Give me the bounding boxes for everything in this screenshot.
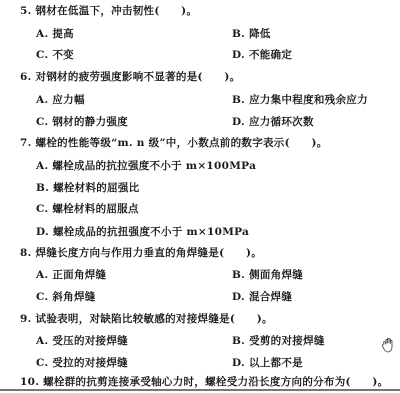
question-8-option-b: B. 侧面角焊缝 [232,268,303,282]
page-bottom-rule [0,389,400,391]
question-7-option-d: D. 螺栓成品的抗扭强度不小于 m×10MPa [36,225,249,239]
question-5-option-b: B. 降低 [232,27,271,41]
question-7-option-a: A. 螺栓成品的抗拉强度不小于 m×100MPa [36,159,256,173]
question-7-option-b: B. 螺栓材料的屈强比 [36,181,140,195]
question-5-option-c: C. 不变 [36,48,74,62]
question-6-option-d: D. 应力循环次数 [232,115,314,129]
question-5-option-a: A. 提高 [36,27,74,41]
question-10-stem: 10. 螺栓群的抗剪连接承受轴心力时，螺栓受力沿长度方向的分布为( )。 [20,375,388,389]
question-6-stem: 6. 对钢材的疲劳强度影响不显著的是( )。 [20,70,240,84]
question-9-stem: 9. 试验表明，对缺陷比较敏感的对接焊缝是( )。 [20,312,273,326]
question-9-option-d: D. 以上都不是 [232,356,303,370]
question-5-option-d: D. 不能确定 [232,48,292,62]
question-5-stem: 5. 钢材在低温下，冲击韧性( )。 [20,4,197,18]
question-6-option-b: B. 应力集中程度和残余应力 [232,93,368,107]
question-9-option-b: B. 受剪的对接焊缝 [232,334,325,348]
question-6-option-c: C. 钢材的静力强度 [36,115,128,129]
question-8-stem: 8. 焊缝长度方向与作用力垂直的角焊缝是( )。 [20,246,262,260]
question-6-option-a: A. 应力幅 [36,93,85,107]
question-9-option-a: A. 受压的对接焊缝 [36,334,128,348]
question-7-option-c: C. 螺栓材料的屈服点 [36,202,139,216]
hand-grab-icon [381,336,397,354]
exam-page: 5. 钢材在低温下，冲击韧性( )。 A. 提高 B. 降低 C. 不变 D. … [0,0,400,393]
question-9-option-c: C. 受拉的对接焊缝 [36,356,128,370]
question-8-option-c: C. 斜角焊缝 [36,290,96,304]
question-8-option-d: D. 混合焊缝 [232,290,292,304]
question-7-stem: 7. 螺栓的性能等级“m. n 级”中，小数点前的数字表示( )。 [20,136,328,150]
question-8-option-a: A. 正面角焊缝 [36,268,106,282]
